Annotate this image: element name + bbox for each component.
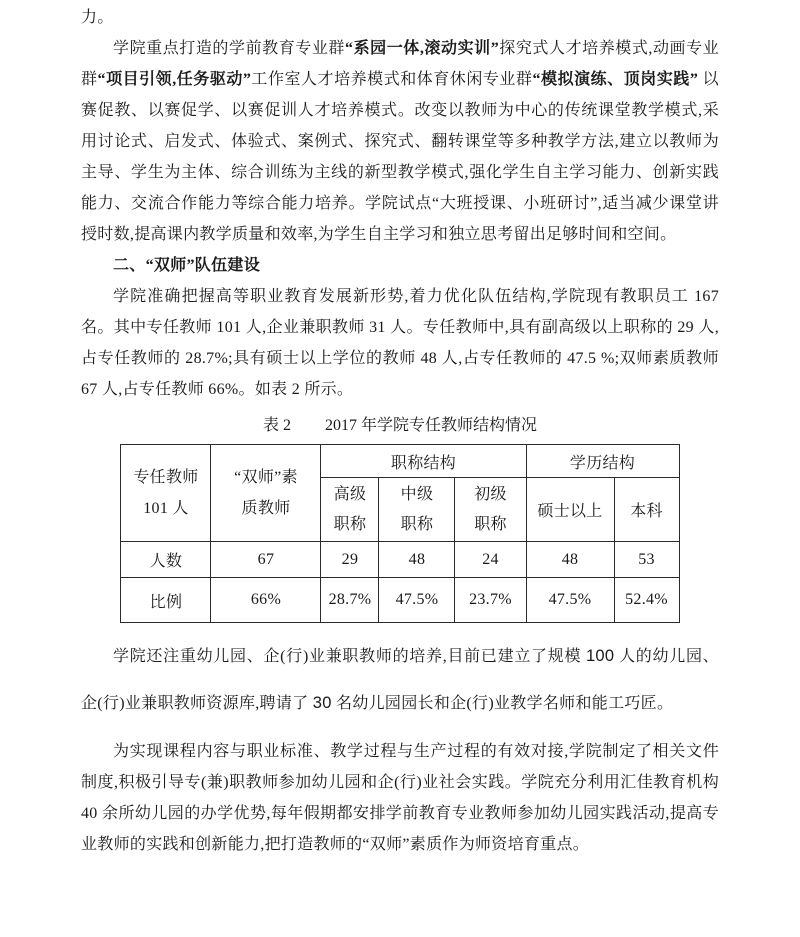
- table-row-ratios: 比例 66% 28.7% 47.5% 23.7% 47.5% 52.4%: [121, 578, 679, 623]
- row-label-ratio: 比例: [121, 578, 211, 623]
- text-run: 学院还注重幼儿园、企(行)业兼职教师的培养,目前已建立了规模: [113, 648, 586, 665]
- count-dual-qualified: 67: [211, 542, 321, 578]
- document-page: 力。 学院重点打造的学前教育专业群“系园一体,滚动实训”探究式人才培养模式,动画…: [0, 0, 800, 937]
- ratio-senior: 28.7%: [321, 578, 379, 623]
- table-caption-label: 表 2: [263, 417, 291, 434]
- text-run: 工作室人才培养模式和体育休闲专业群: [251, 71, 532, 88]
- text-run: 30: [313, 694, 332, 712]
- header-cell-junior-title: 初级 职称: [455, 478, 526, 542]
- teacher-structure-table: 专任教师 101 人 “双师”素 质教师 职称结构 学历结构 高级 职称: [120, 444, 679, 623]
- paragraph-practice-training: 为实现课程内容与职业标准、教学过程与生产过程的有效对接,学院制定了相关文件制度,…: [81, 736, 719, 860]
- header-line: 高级: [321, 480, 378, 510]
- header-line: 中级: [379, 480, 454, 510]
- count-bachelor: 53: [614, 542, 679, 578]
- count-senior: 29: [321, 542, 379, 578]
- text-run: 学院重点打造的学前教育专业群: [113, 40, 345, 57]
- header-line: 101 人: [121, 493, 210, 524]
- text-run: “系园一体,滚动实训”: [345, 40, 499, 57]
- document-content: 力。 学院重点打造的学前教育专业群“系园一体,滚动实训”探究式人才培养模式,动画…: [81, 2, 719, 860]
- text-run: 以赛促教、以赛促学、以赛促训人才培养模式。改变以教师为中心的传统课堂教学模式,采…: [81, 71, 719, 243]
- header-cell-bachelor: 本科: [614, 478, 679, 542]
- header-group-title-structure: 职称结构: [321, 445, 526, 478]
- header-cell-mid-title: 中级 职称: [379, 478, 455, 542]
- ratio-mid: 47.5%: [379, 578, 455, 623]
- ratio-junior: 23.7%: [455, 578, 526, 623]
- count-junior: 24: [455, 542, 526, 578]
- header-line: 职称: [379, 510, 454, 540]
- header-cell-fulltime-teachers: 专任教师 101 人: [121, 445, 211, 542]
- header-line: 初级: [455, 480, 525, 510]
- header-cell-masters-above: 硕士以上: [526, 478, 614, 542]
- text-run: 名幼儿园园长和企(行)业教学名师和能工巧匠。: [332, 695, 674, 712]
- table-row-counts: 人数 67 29 48 24 48 53: [121, 542, 679, 578]
- header-cell-dual-qualified: “双师”素 质教师: [211, 445, 321, 542]
- section-heading: 二、“双师”队伍建设: [81, 250, 719, 281]
- count-mid: 48: [379, 542, 455, 578]
- count-masters: 48: [526, 542, 614, 578]
- header-line: 专任教师: [121, 462, 210, 493]
- paragraph-training-modes: 学院重点打造的学前教育专业群“系园一体,滚动实训”探究式人才培养模式,动画专业群…: [81, 33, 719, 250]
- paragraph-parttime-teacher-pool: 学院还注重幼儿园、企(行)业兼职教师的培养,目前已建立了规模 100 人的幼儿园…: [81, 633, 719, 727]
- text-run: “项目引领,任务驱动”: [98, 71, 252, 88]
- header-cell-senior-title: 高级 职称: [321, 478, 379, 542]
- paragraph-faculty-overview: 学院准确把握高等职业教育发展新形势,着力优化队伍结构,学院现有教职员工 167 …: [81, 281, 719, 405]
- table-caption-title: 2017 年学院专任教师结构情况: [325, 417, 537, 434]
- text-run: “模拟演练、顶岗实践”: [533, 71, 699, 88]
- table-caption: 表 22017 年学院专任教师结构情况: [81, 414, 719, 438]
- header-group-education-structure: 学历结构: [526, 445, 679, 478]
- header-line: 职称: [455, 510, 525, 540]
- header-line: 职称: [321, 510, 378, 540]
- text-run: 100: [586, 647, 614, 665]
- header-line: 质教师: [211, 493, 320, 524]
- ratio-dual-qualified: 66%: [211, 578, 321, 623]
- ratio-bachelor: 52.4%: [614, 578, 679, 623]
- row-label-count: 人数: [121, 542, 211, 578]
- ratio-masters: 47.5%: [526, 578, 614, 623]
- header-line: “双师”素: [211, 462, 320, 493]
- paragraph-continuation: 力。: [81, 2, 719, 33]
